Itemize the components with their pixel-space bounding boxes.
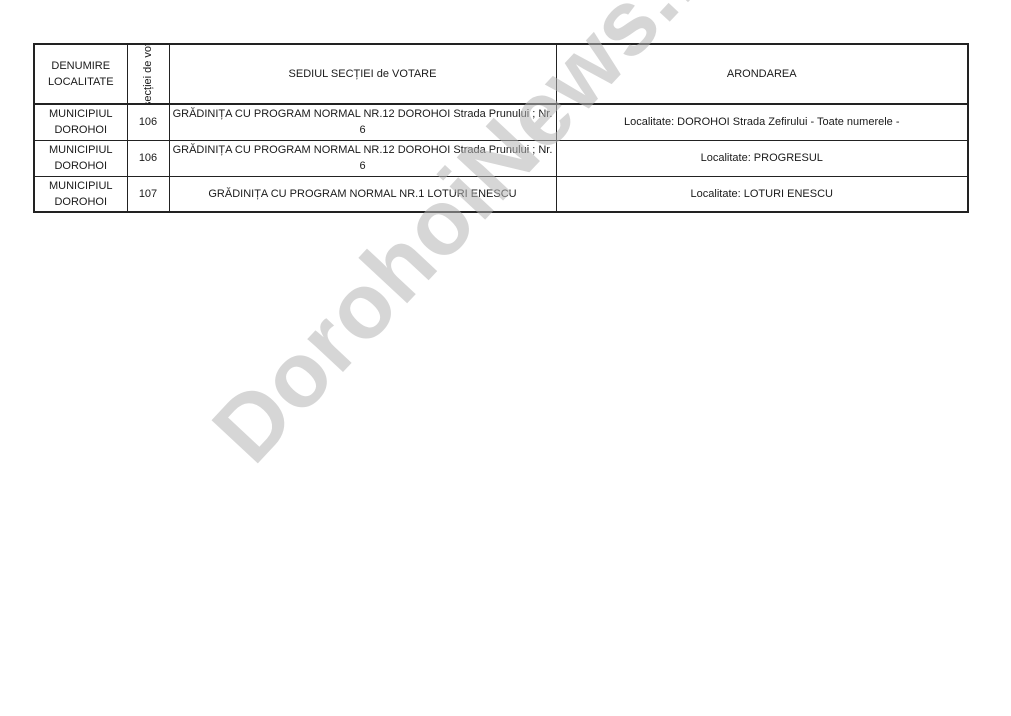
- document-page: DENUMIRE LOCALITATE Nr secției de votare…: [0, 0, 1011, 716]
- cell-localitate: MUNICIPIUL DOROHOI: [34, 140, 127, 176]
- cell-nr: 107: [127, 176, 169, 212]
- cell-arondarea: Localitate: LOTURI ENESCU: [556, 176, 968, 212]
- header-arondarea-label: ARONDAREA: [727, 68, 797, 80]
- cell-sediu: GRĂDINIȚA CU PROGRAM NORMAL NR.1 LOTURI …: [169, 176, 556, 212]
- cell-nr: 106: [127, 140, 169, 176]
- cell-localitate: MUNICIPIUL DOROHOI: [34, 104, 127, 140]
- header-sediu-label: SEDIUL SECȚIEI de VOTARE: [289, 68, 437, 80]
- header-localitate: DENUMIRE LOCALITATE: [34, 44, 127, 104]
- header-nr-sectie-label: Nr secției de votare: [142, 44, 155, 104]
- table-row: MUNICIPIUL DOROHOI 107 GRĂDINIȚA CU PROG…: [34, 176, 968, 212]
- cell-nr: 106: [127, 104, 169, 140]
- table-row: MUNICIPIUL DOROHOI 106 GRĂDINIȚA CU PROG…: [34, 140, 968, 176]
- table-header-row: DENUMIRE LOCALITATE Nr secției de votare…: [34, 44, 968, 104]
- header-arondarea: ARONDAREA: [556, 44, 968, 104]
- cell-sediu: GRĂDINIȚA CU PROGRAM NORMAL NR.12 DOROHO…: [169, 104, 556, 140]
- cell-sediu: GRĂDINIȚA CU PROGRAM NORMAL NR.12 DOROHO…: [169, 140, 556, 176]
- header-sediu: SEDIUL SECȚIEI de VOTARE: [169, 44, 556, 104]
- cell-arondarea: Localitate: DOROHOI Strada Zefirului - T…: [556, 104, 968, 140]
- cell-localitate: MUNICIPIUL DOROHOI: [34, 176, 127, 212]
- cell-arondarea: Localitate: PROGRESUL: [556, 140, 968, 176]
- table-row: MUNICIPIUL DOROHOI 106 GRĂDINIȚA CU PROG…: [34, 104, 968, 140]
- header-nr-sectie: Nr secției de votare: [127, 44, 169, 104]
- voting-sections-table: DENUMIRE LOCALITATE Nr secției de votare…: [33, 43, 969, 213]
- header-localitate-label: DENUMIRE LOCALITATE: [48, 60, 114, 88]
